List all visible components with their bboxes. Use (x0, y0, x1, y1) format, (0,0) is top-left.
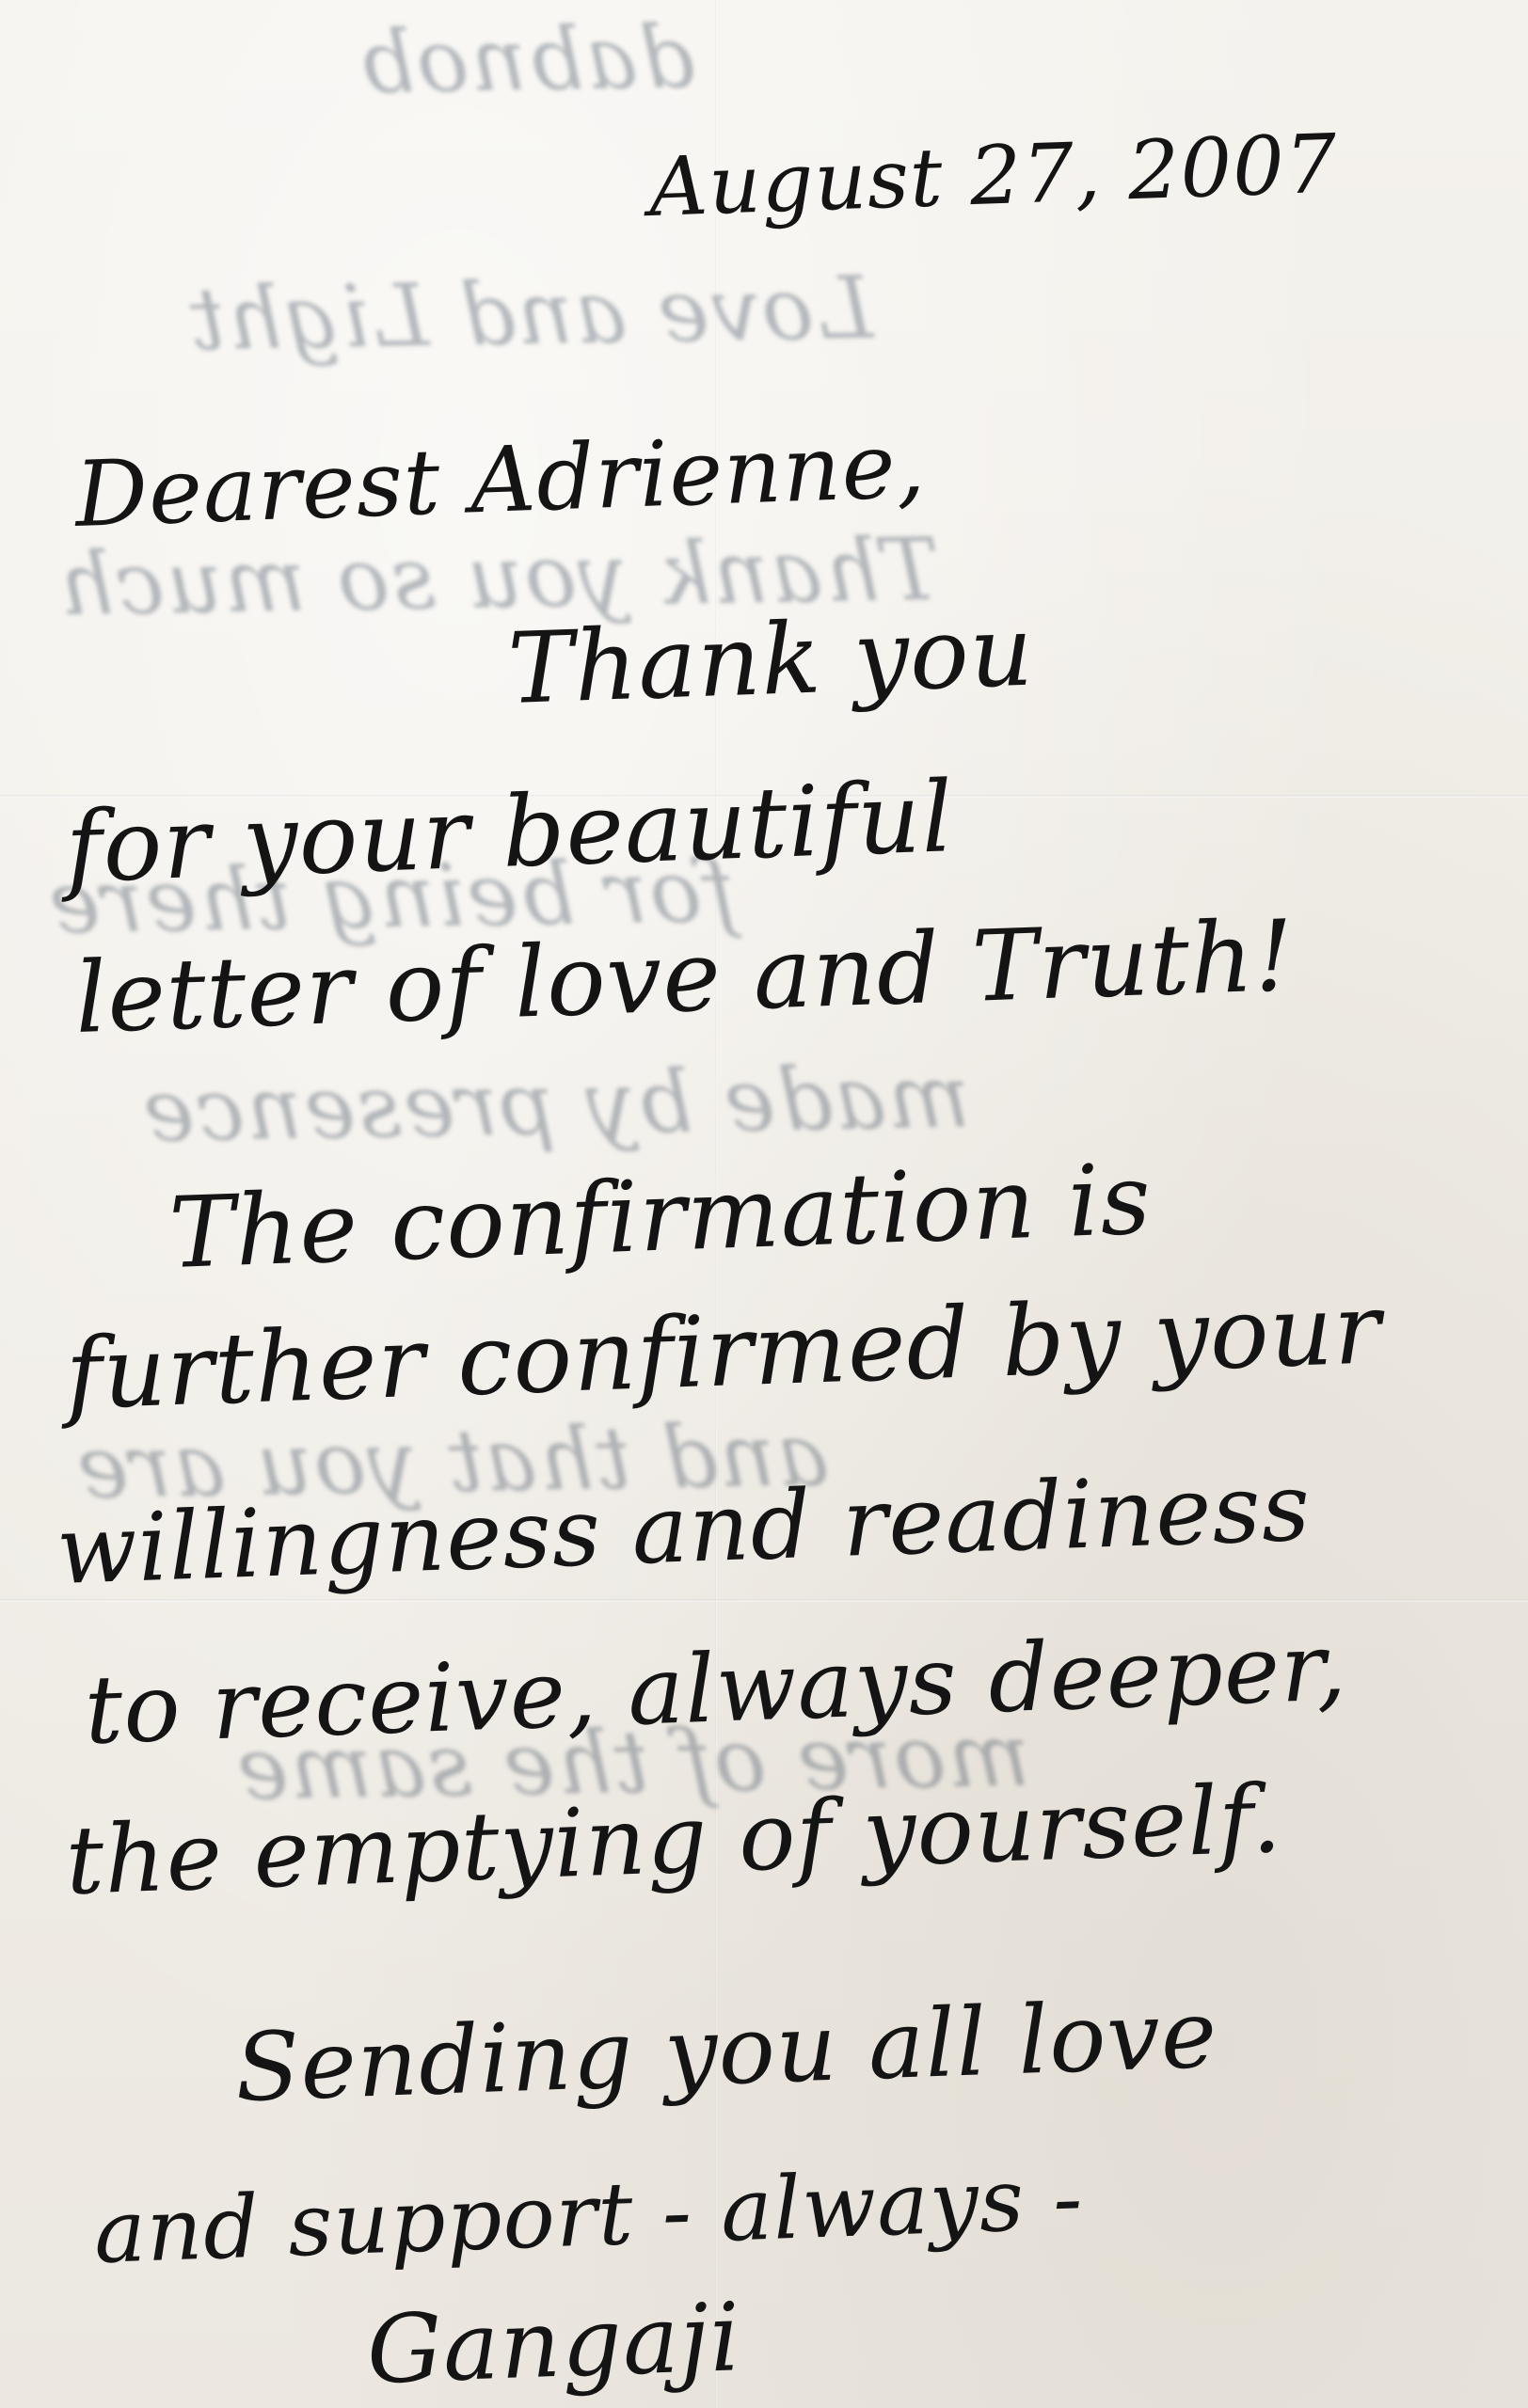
letter-date: August 27, 2007 (647, 117, 1339, 234)
letter-closing-line: Sending you all love (233, 1979, 1219, 2123)
letter-body-line: further confirmed by your (64, 1271, 1383, 1432)
letter-page: dabnob Love and Light Thank you so much … (0, 0, 1528, 2408)
bleed-through-text: dabnob (357, 7, 695, 113)
letter-body-line: to receive, always deeper, (83, 1611, 1348, 1766)
letter-body-line: for your beautiful (64, 759, 956, 905)
letter-closing-line: and support - always - (92, 2147, 1085, 2283)
bleed-through-text: made by presence (140, 1046, 971, 1161)
bleed-through-text: Love and Light (187, 258, 874, 371)
letter-signature: Gangaji (365, 2282, 742, 2405)
letter-body-line: Thank you (506, 594, 1036, 726)
letter-body-line: The confirmation is (167, 1142, 1154, 1291)
